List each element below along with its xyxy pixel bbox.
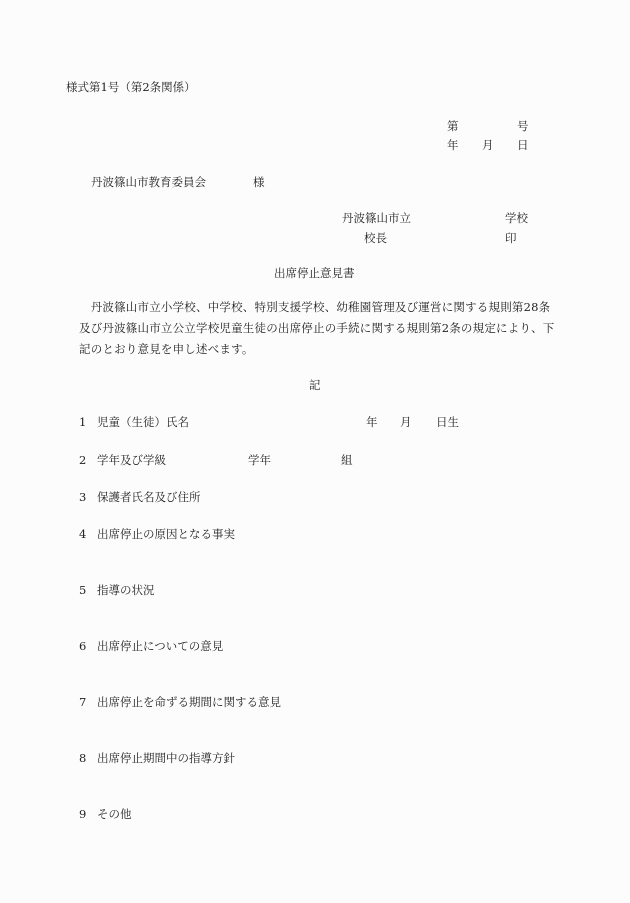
item-number: 4 <box>79 527 97 541</box>
item-number: 9 <box>79 807 97 821</box>
date-month: 月 <box>482 138 494 152</box>
sender-seal: 印 <box>505 231 517 245</box>
item-number: 5 <box>79 583 97 597</box>
item-number: 3 <box>79 490 97 504</box>
item-label: 保護者氏名及び住所 <box>97 490 201 504</box>
item-label: 出席停止を命ずる期間に関する意見 <box>97 695 281 709</box>
addressee-name: 丹波篠山市教育委員会 <box>91 175 206 189</box>
birth-month-label: 月 <box>400 415 412 429</box>
body-line: 記のとおり意見を申し述べます。 <box>79 339 551 360</box>
item-label: 指導の状況 <box>97 583 155 597</box>
item-number: 6 <box>79 639 97 653</box>
doc-number-prefix: 第 <box>447 119 459 133</box>
item-guidance-policy: 8出席停止期間中の指導方針 <box>79 751 235 765</box>
item-guardian: 3保護者氏名及び住所 <box>79 490 201 504</box>
item-number: 2 <box>79 453 97 467</box>
item-label: その他 <box>97 807 132 821</box>
body-line: 丹波篠山市立小学校、中学校、特別支援学校、幼稚園管理及び運営に関する規則第28条 <box>79 297 551 318</box>
item-label: 児童（生徒）氏名 <box>97 415 189 429</box>
addressee-honorific: 様 <box>253 175 265 189</box>
item-label: 出席停止の原因となる事実 <box>97 527 235 541</box>
document-title: 出席停止意見書 <box>274 266 355 280</box>
class-label: 組 <box>341 453 353 467</box>
item-student-name: 1児童（生徒）氏名 <box>79 415 189 429</box>
item-guidance-status: 5指導の状況 <box>79 583 155 597</box>
birth-year-label: 年 <box>366 415 378 429</box>
sender-school-suffix: 学校 <box>505 211 528 225</box>
form-number: 様式第1号（第2条関係） <box>66 80 196 94</box>
body-paragraph: 丹波篠山市立小学校、中学校、特別支援学校、幼稚園管理及び運営に関する規則第28条… <box>79 297 551 360</box>
item-label: 学年及び学級 <box>97 453 166 467</box>
item-cause-facts: 4出席停止の原因となる事実 <box>79 527 235 541</box>
item-number: 8 <box>79 751 97 765</box>
item-number: 7 <box>79 695 97 709</box>
item-grade-class: 2学年及び学級 <box>79 453 166 467</box>
ki-heading: 記 <box>309 378 321 392</box>
item-period-opinion: 7出席停止を命ずる期間に関する意見 <box>79 695 281 709</box>
date-year: 年 <box>447 138 459 152</box>
item-other: 9その他 <box>79 807 132 821</box>
birth-day-label: 日生 <box>436 415 459 429</box>
item-label: 出席停止期間中の指導方針 <box>97 751 235 765</box>
item-suspension-opinion: 6出席停止についての意見 <box>79 639 223 653</box>
item-number: 1 <box>79 415 97 429</box>
body-line: 及び丹波篠山市立公立学校児童生徒の出席停止の手続に関する規則第2条の規定により、… <box>79 318 551 339</box>
doc-number-suffix: 号 <box>517 119 529 133</box>
date-day: 日 <box>517 138 529 152</box>
sender-school-prefix: 丹波篠山市立 <box>342 211 411 225</box>
sender-principal-label: 校長 <box>364 231 387 245</box>
grade-label: 学年 <box>248 453 271 467</box>
item-label: 出席停止についての意見 <box>97 639 223 653</box>
